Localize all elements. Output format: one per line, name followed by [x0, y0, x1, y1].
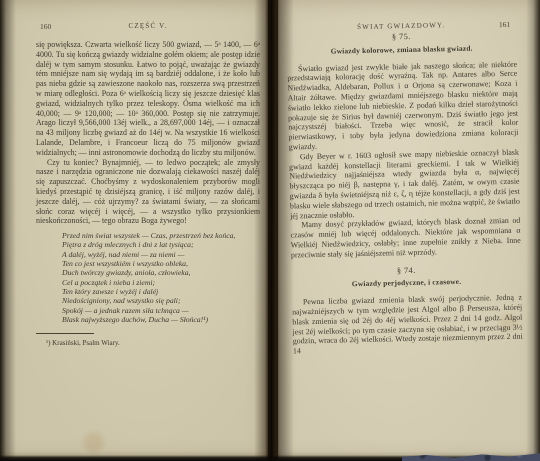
poem-line: Ten co jest wszystkiém i wszystko obleka…: [62, 259, 260, 268]
section-title: Gwiazdy kolorowe, zmiana blasku gwiazd.: [287, 43, 517, 58]
paragraph: Światło gwiazd jest zwykle białe jak nas…: [287, 59, 519, 152]
poem-line: Ten który zawsze i wyżéj i daléj: [62, 287, 260, 296]
right-page-text-column: § 75. Gwiazdy kolorowe, zmiana blasku gw…: [286, 28, 523, 357]
poem-line: Przed nim świat wszystek — Czas, przestr…: [62, 231, 260, 240]
paragraph: Pewna liczba gwiazd zmienia blask swój p…: [292, 293, 523, 357]
left-page: 160 CZĘŚĆ V. się powiększa. Czwarta wiel…: [0, 0, 268, 461]
book-gutter: [265, 0, 280, 461]
poem-line: Duch twórczy gwiazdy, anioła, człowieka,: [62, 268, 260, 277]
poem-line: Blask najwyższego duchów, Ducha — Słońca…: [62, 315, 260, 324]
paragraph-continuation: się powiększa. Czwarta wielkość liczy 50…: [36, 40, 260, 158]
footnote: ¹) Krasiński, Psalm Wiary.: [36, 339, 260, 349]
poem-line: Cel a początek i nieba i ziemi;: [62, 278, 260, 287]
section-title: Gwiazdy perjodyczne, i czasowe.: [292, 276, 522, 291]
running-header-left: CZĘŚĆ V.: [36, 22, 260, 30]
footnote-rule: [36, 333, 94, 334]
poem-line: Spokój — a jednak razem siła tchnąca —: [62, 306, 260, 315]
poem-line: Niedościgniony, nad wszystko się pali;: [62, 296, 260, 305]
left-page-text-column: się powiększa. Czwarta wielkość liczy 50…: [36, 40, 260, 349]
book-spread: 160 CZĘŚĆ V. się powiększa. Czwarta wiel…: [0, 0, 540, 461]
left-page-header: 160 CZĘŚĆ V.: [0, 22, 268, 34]
paragraph: Gdy Beyer w r. 1603 ogłosił swe mapy nie…: [289, 147, 520, 220]
paragraph: Czy tu koniec? Bynajmniéj, — to ledwo po…: [36, 158, 260, 227]
poem-line: A daléj, wyżéj, nad niemi — za niemi —: [62, 250, 260, 259]
right-page-content: ŚWIAT GWIAZDOWY. 161 § 75. Gwiazdy kolor…: [274, 0, 540, 461]
paragraph: Mamy dosyć przykładów gwiazd, których bl…: [290, 216, 521, 260]
poem: Przed nim świat wszystek — Czas, przestr…: [62, 231, 260, 324]
section-number: § 75.: [286, 30, 516, 45]
poem-line: Piętra z dróg mlecznych i dni z lat tysi…: [62, 240, 260, 249]
right-page: ŚWIAT GWIAZDOWY. 161 § 75. Gwiazdy kolor…: [278, 0, 540, 461]
section-number: § 74.: [291, 263, 521, 278]
